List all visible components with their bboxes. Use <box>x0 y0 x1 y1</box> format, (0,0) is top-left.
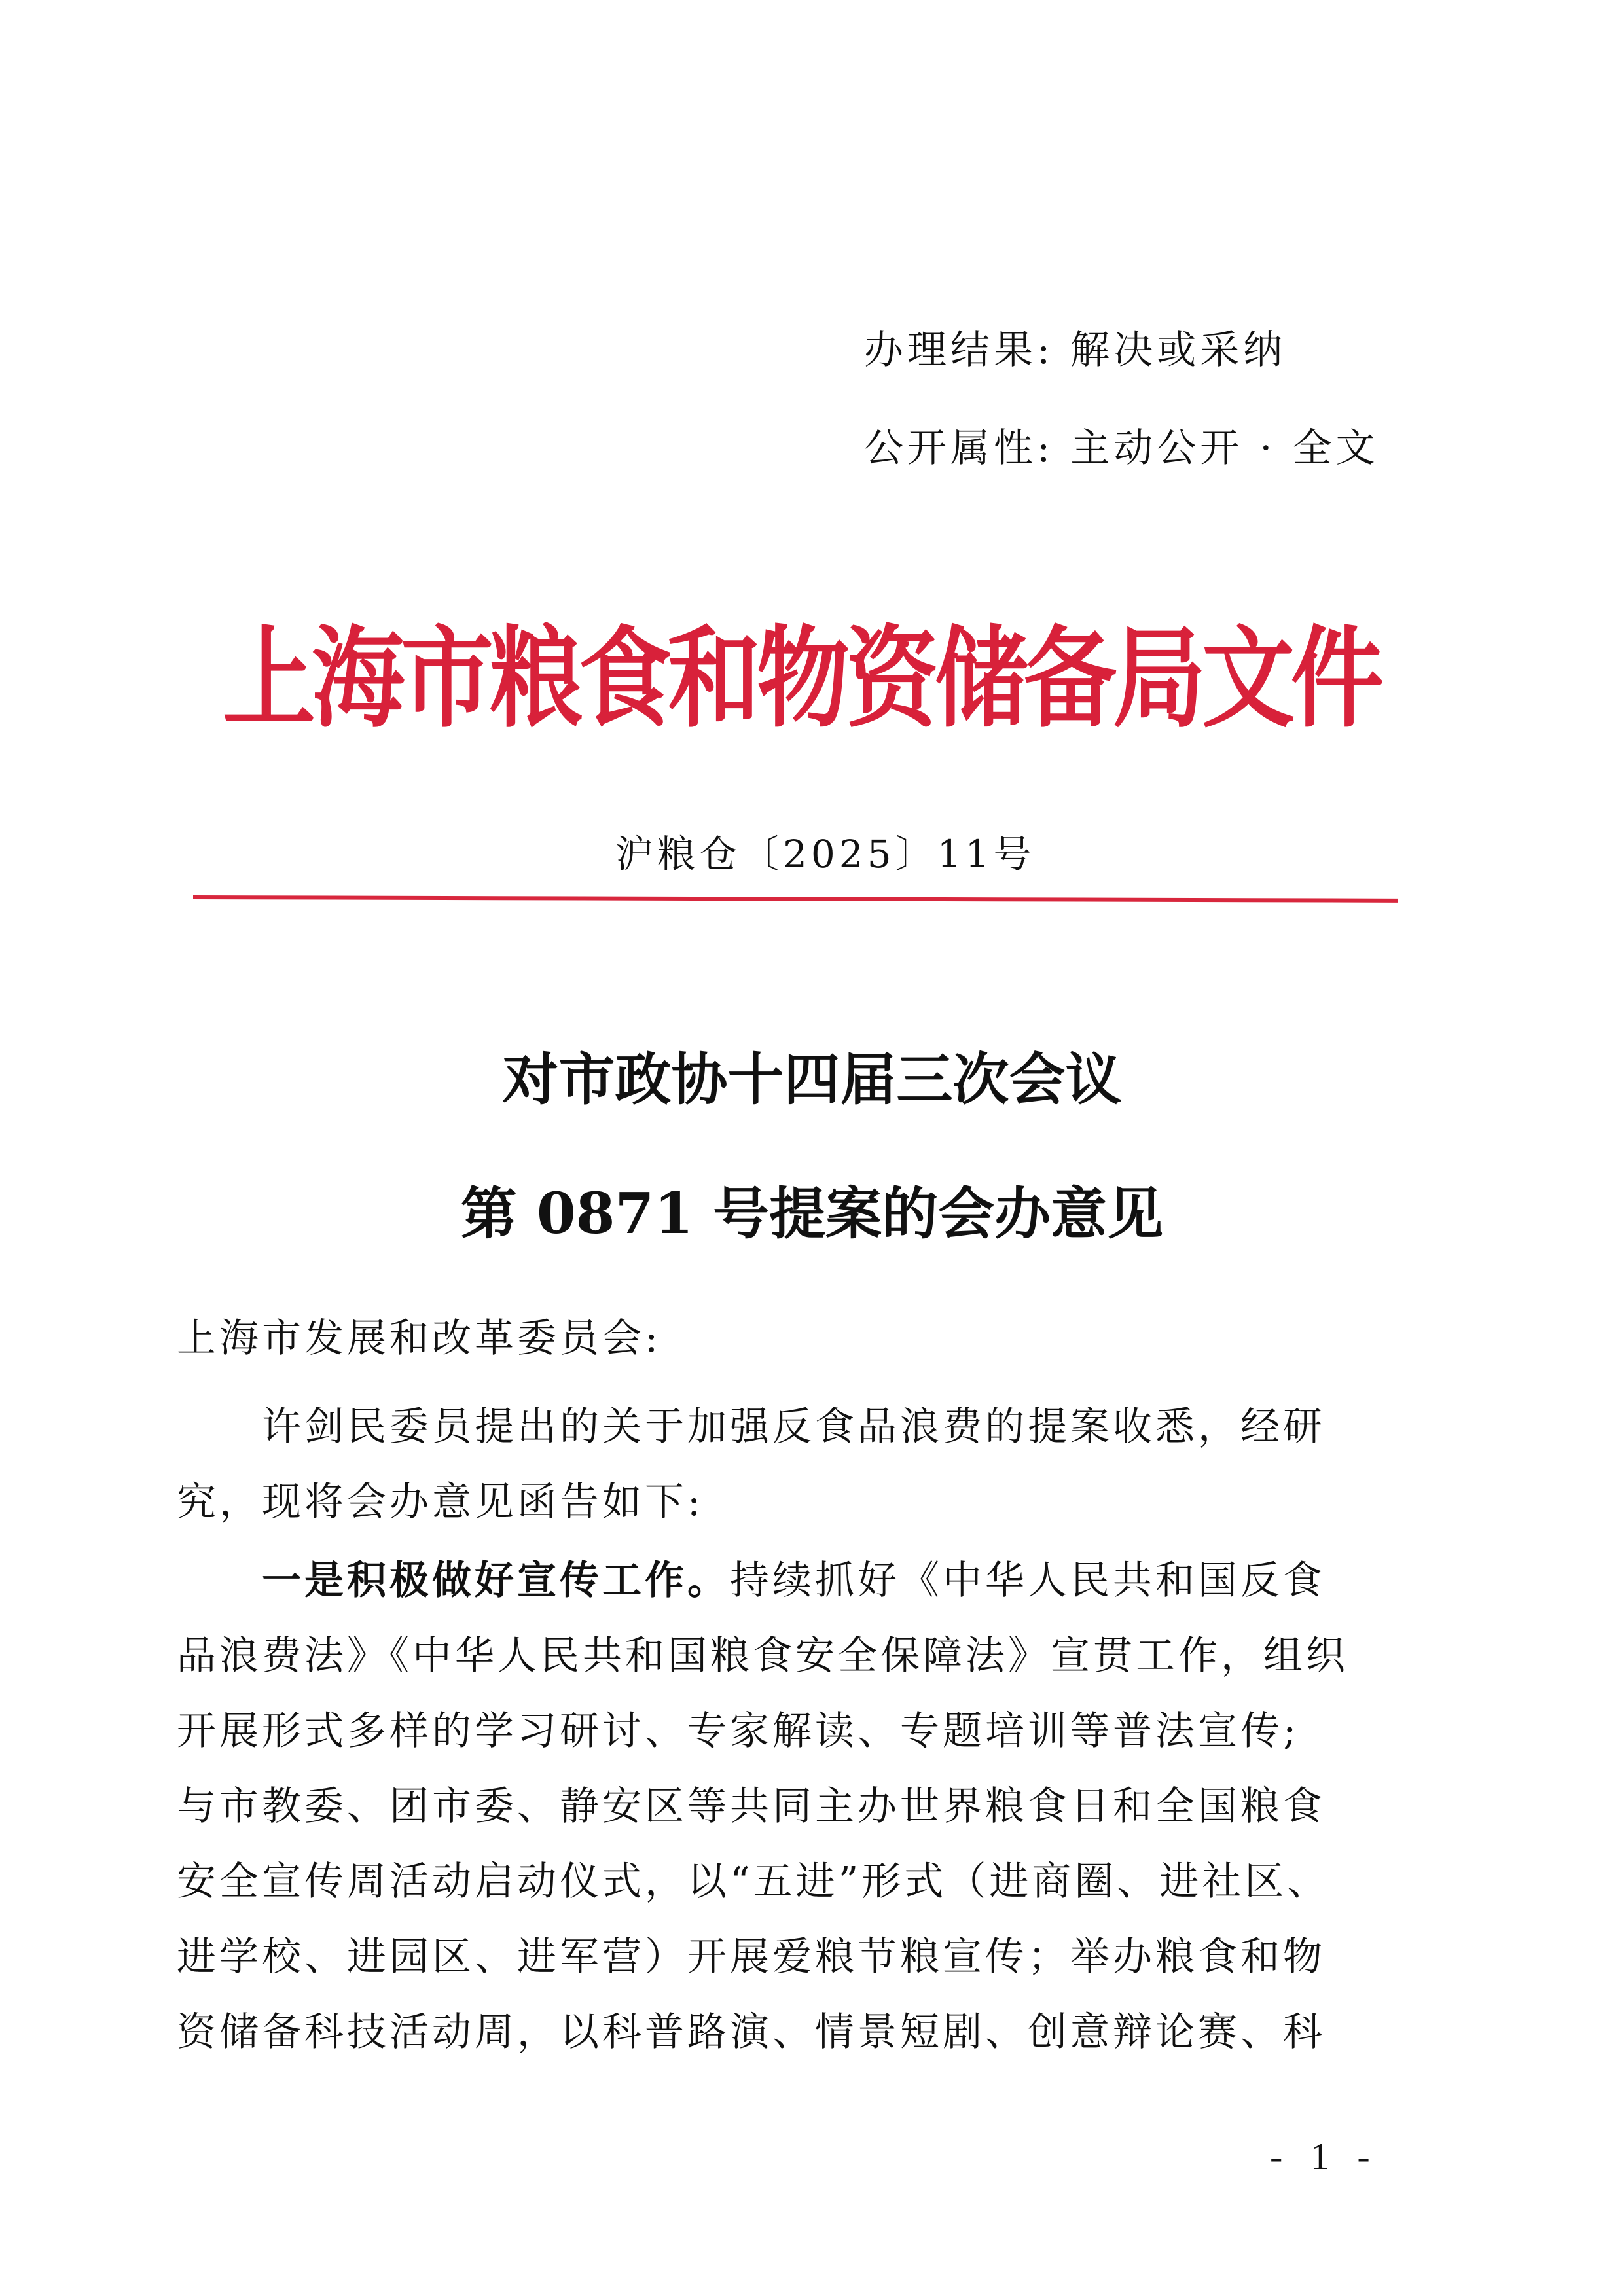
section-1-line-6: 进学校、进园区、进军营）开展爱粮节粮宣传；举办粮食和物 <box>177 1931 1368 1983</box>
handling-result-value: 解决或采纳 <box>1070 327 1286 373</box>
section-1-line-3: 开展形式多样的学习研讨、专家解读、专题培训等普法宣传; <box>177 1705 1368 1757</box>
red-divider-line <box>193 895 1398 903</box>
document-masthead: 上海市粮食和物资储备局文件 <box>223 605 1375 752</box>
addressee: 上海市发展和改革委员会: <box>177 1312 1368 1365</box>
disclosure-value: 主动公开 · 全文 <box>1070 425 1379 471</box>
disclosure-label: 公开属性: <box>864 425 1054 471</box>
intro-paragraph-line-1: 许剑民委员提出的关于加强反食品浪费的提案收悉，经研 <box>177 1401 1453 1453</box>
section-1-line-7: 资储备科技活动周，以科普路演、情景短剧、创意辩论赛、科 <box>177 2006 1368 2058</box>
section-1-line-1: 一是积极做好宣传工作。持续抓好《中华人民共和国反食 <box>177 1554 1453 1607</box>
document-title-line-1: 对市政协十四届三次会议 <box>0 1044 1624 1116</box>
section-1-line-2: 品浪费法》《中华人民共和国粮食安全保障法》宣贯工作，组织 <box>177 1630 1368 1682</box>
page-number: - 1 - <box>1270 2134 1379 2179</box>
section-1-line-4: 与市教委、团市委、静安区等共同主办世界粮食日和全国粮食 <box>177 1780 1368 1833</box>
section-1-line-5: 安全宣传周活动启动仪式，以“五进”形式（进商圈、进社区、 <box>177 1856 1368 1908</box>
handling-result-label: 办理结果: <box>864 327 1054 373</box>
section-1-text: 持续抓好《中华人民共和国反食 <box>730 1558 1326 1604</box>
handling-result: 办理结果: 解决或采纳 <box>864 324 1286 376</box>
section-1-heading: 一是积极做好宣传工作。 <box>262 1558 730 1604</box>
intro-paragraph-line-2: 究，现将会办意见函告如下: <box>177 1476 1368 1528</box>
document-number: 沪粮仓〔2025〕11号 <box>615 828 1035 880</box>
document-title-line-2: 第 0871 号提案的会办意见 <box>0 1178 1624 1250</box>
disclosure-attribute: 公开属性: 主动公开 · 全文 <box>864 422 1379 475</box>
